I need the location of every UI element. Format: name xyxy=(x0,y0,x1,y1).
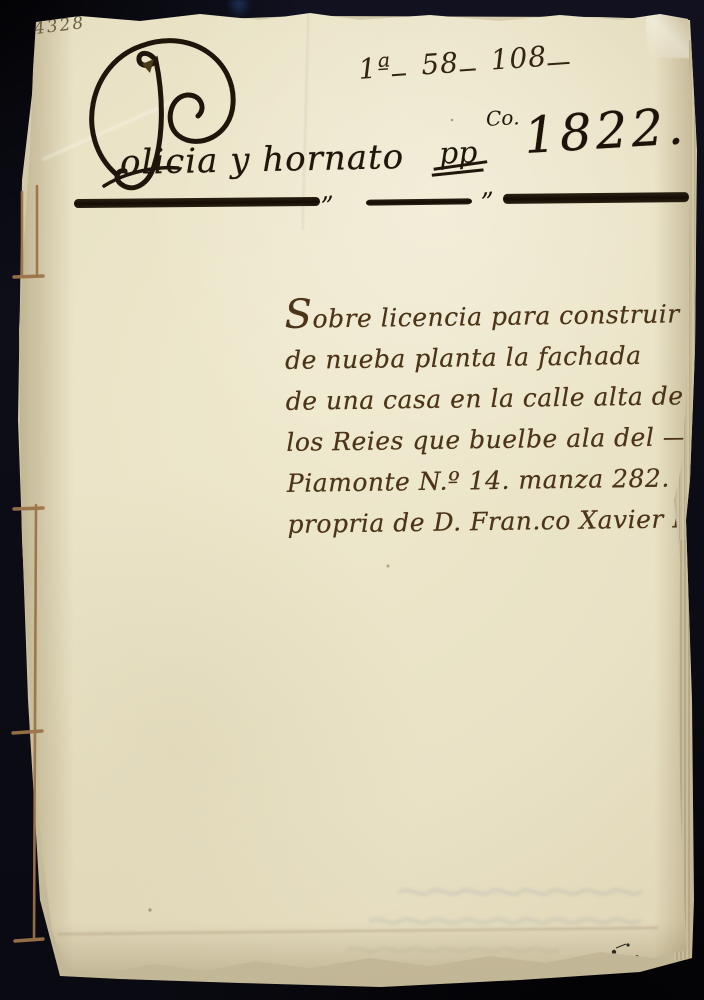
archive-photo: 4328 1ª 58 108 olicia y hornato pp Co. 1… xyxy=(0,0,704,1000)
binding-thread xyxy=(0,0,704,1000)
